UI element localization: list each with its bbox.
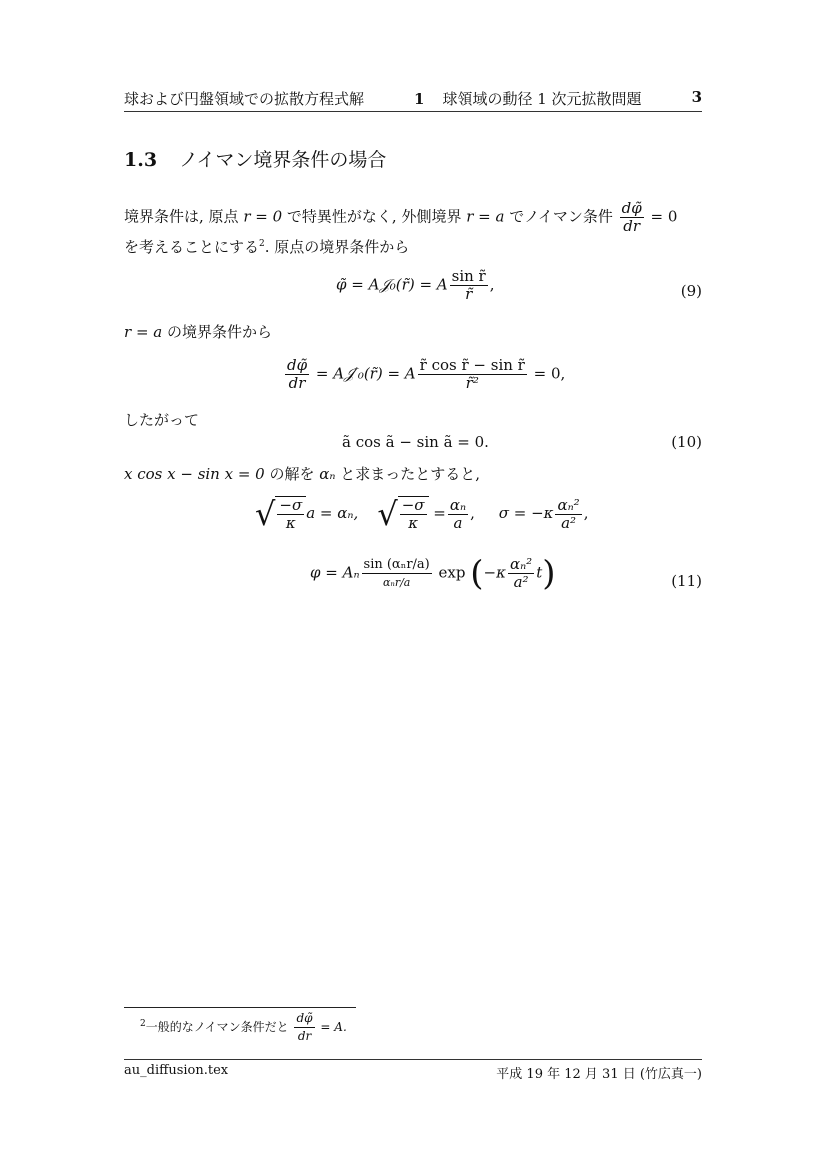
header-rule bbox=[124, 111, 702, 112]
math-inline: r = a bbox=[466, 208, 504, 226]
text: = 0, bbox=[534, 365, 566, 383]
fraction: αₙa bbox=[448, 497, 468, 532]
math: σ = −κ bbox=[499, 504, 554, 522]
right-paren: ) bbox=[542, 554, 555, 594]
math: φ = Aₙ bbox=[310, 564, 360, 582]
header-page-number: 3 bbox=[692, 88, 702, 106]
text: 境界条件は, 原点 bbox=[124, 208, 243, 226]
denominator: a² bbox=[555, 515, 581, 532]
header-section: 1球領域の動径 1 次元拡散問題 bbox=[414, 88, 642, 109]
paragraph-1-line-2: を考えることにする2. 原点の境界条件から bbox=[124, 234, 409, 257]
fraction: −σκ bbox=[400, 497, 427, 532]
paragraph-1: 境界条件は, 原点 r = 0 で特異性がなく, 外側境界 r = a でノイマ… bbox=[124, 200, 704, 235]
text: , bbox=[584, 504, 589, 522]
footer-date-author: 平成 19 年 12 月 31 日 (竹広真一) bbox=[496, 1063, 702, 1082]
math-inline: r = a bbox=[124, 323, 162, 341]
math-inline: r = 0 bbox=[243, 208, 282, 226]
section-heading: 1.3ノイマン境界条件の場合 bbox=[124, 145, 386, 172]
square-root: √−σκ bbox=[255, 496, 306, 532]
fraction: dφ̃dr bbox=[620, 200, 644, 235]
math-inline: x cos x − sin x = 0 bbox=[124, 465, 265, 483]
text: で特異性がなく, 外側境界 bbox=[282, 208, 466, 226]
numerator: −σ bbox=[400, 497, 427, 515]
numerator: dφ̃ bbox=[294, 1010, 314, 1028]
left-paren: ( bbox=[470, 554, 483, 594]
equation-alpha-relations: √−σκa = αₙ, √−σκ =αₙa, σ = −καₙ²a², bbox=[255, 496, 588, 532]
numerator: sin (αₙr/a) bbox=[362, 556, 432, 574]
text: exp bbox=[439, 564, 466, 582]
paragraph-3: したがって bbox=[124, 410, 199, 430]
text: を考えることにする bbox=[124, 238, 259, 256]
square-root: √−σκ bbox=[377, 496, 428, 532]
fraction: sin r̃r̃ bbox=[450, 268, 488, 303]
equation-number-10: (10) bbox=[671, 433, 702, 451]
text: . 原点の境界条件から bbox=[265, 238, 410, 256]
math: = A. bbox=[320, 1020, 346, 1034]
text: = bbox=[433, 504, 446, 522]
denominator: a bbox=[448, 515, 468, 532]
text: の境界条件から bbox=[162, 323, 272, 341]
footer-filename: au_diffusion.tex bbox=[124, 1063, 228, 1078]
denominator: dr bbox=[285, 375, 309, 392]
fraction: dφ̃dr bbox=[294, 1010, 314, 1045]
math: −κ bbox=[484, 564, 506, 582]
text: でノイマン条件 bbox=[504, 208, 617, 226]
equation-10: ã cos ã − sin ã = 0. bbox=[342, 433, 489, 451]
denominator: a² bbox=[508, 574, 534, 591]
footnote-rule bbox=[124, 1007, 356, 1008]
math: a = αₙ, bbox=[306, 504, 358, 522]
text: と求まったとすると, bbox=[336, 465, 481, 483]
denominator: κ bbox=[277, 515, 304, 532]
equation-11: φ = Aₙsin (αₙr/a)αₙr/a exp (−καₙ²a²t) bbox=[310, 556, 555, 591]
numerator: αₙ² bbox=[508, 556, 534, 574]
math: = A𝒥′₀(r̃) = A bbox=[316, 365, 416, 383]
paragraph-4: x cos x − sin x = 0 の解を αₙ と求まったとすると, bbox=[124, 464, 480, 484]
fraction: dφ̃dr bbox=[285, 357, 309, 392]
numerator: r̃ cos r̃ − sin r̃ bbox=[418, 357, 527, 375]
equation-9: φ̃ = A𝒥₀(r̃) = Asin r̃r̃, bbox=[336, 268, 495, 303]
numerator: dφ̃ bbox=[285, 357, 309, 375]
denominator: dr bbox=[620, 218, 644, 235]
equation-number-11: (11) bbox=[671, 572, 702, 590]
denominator: r̃ bbox=[450, 286, 488, 303]
fraction: −σκ bbox=[277, 497, 304, 532]
text: , bbox=[490, 276, 495, 294]
fraction: sin (αₙr/a)αₙr/a bbox=[362, 556, 432, 591]
text: , bbox=[470, 504, 475, 522]
footnote: 2一般的なノイマン条件だと dφ̃dr = A. bbox=[140, 1010, 347, 1045]
denominator: dr bbox=[294, 1028, 314, 1045]
denominator: αₙr/a bbox=[362, 574, 432, 591]
fraction: αₙ²a² bbox=[555, 497, 581, 532]
text: = 0 bbox=[651, 208, 678, 226]
numerator: sin r̃ bbox=[450, 268, 488, 286]
text: の解を bbox=[265, 465, 320, 483]
numerator: −σ bbox=[277, 497, 304, 515]
denominator: r̃² bbox=[418, 375, 527, 392]
math-inline: αₙ bbox=[319, 465, 335, 483]
header-section-title: 球領域の動径 1 次元拡散問題 bbox=[442, 90, 641, 108]
fraction: r̃ cos r̃ − sin r̃r̃² bbox=[418, 357, 527, 392]
numerator: αₙ² bbox=[555, 497, 581, 515]
numerator: dφ̃ bbox=[620, 200, 644, 218]
footer-rule bbox=[124, 1059, 702, 1060]
denominator: κ bbox=[400, 515, 427, 532]
running-header: 球および円盤領域での拡散方程式解 1球領域の動径 1 次元拡散問題 3 bbox=[124, 88, 702, 110]
header-doc-title: 球および円盤領域での拡散方程式解 bbox=[124, 88, 364, 109]
fraction: αₙ²a² bbox=[508, 556, 534, 591]
equation-number-9: (9) bbox=[681, 282, 702, 300]
section-title: ノイマン境界条件の場合 bbox=[179, 149, 386, 171]
paragraph-2: r = a の境界条件から bbox=[124, 322, 272, 342]
math: φ̃ = A𝒥₀(r̃) = A bbox=[336, 276, 448, 294]
header-section-number: 1 bbox=[414, 90, 424, 108]
section-number: 1.3 bbox=[124, 149, 157, 171]
footnote-text: 一般的なノイマン条件だと bbox=[146, 1020, 293, 1034]
numerator: αₙ bbox=[448, 497, 468, 515]
equation-derivative: dφ̃dr = A𝒥′₀(r̃) = Ar̃ cos r̃ − sin r̃r̃… bbox=[283, 357, 565, 392]
